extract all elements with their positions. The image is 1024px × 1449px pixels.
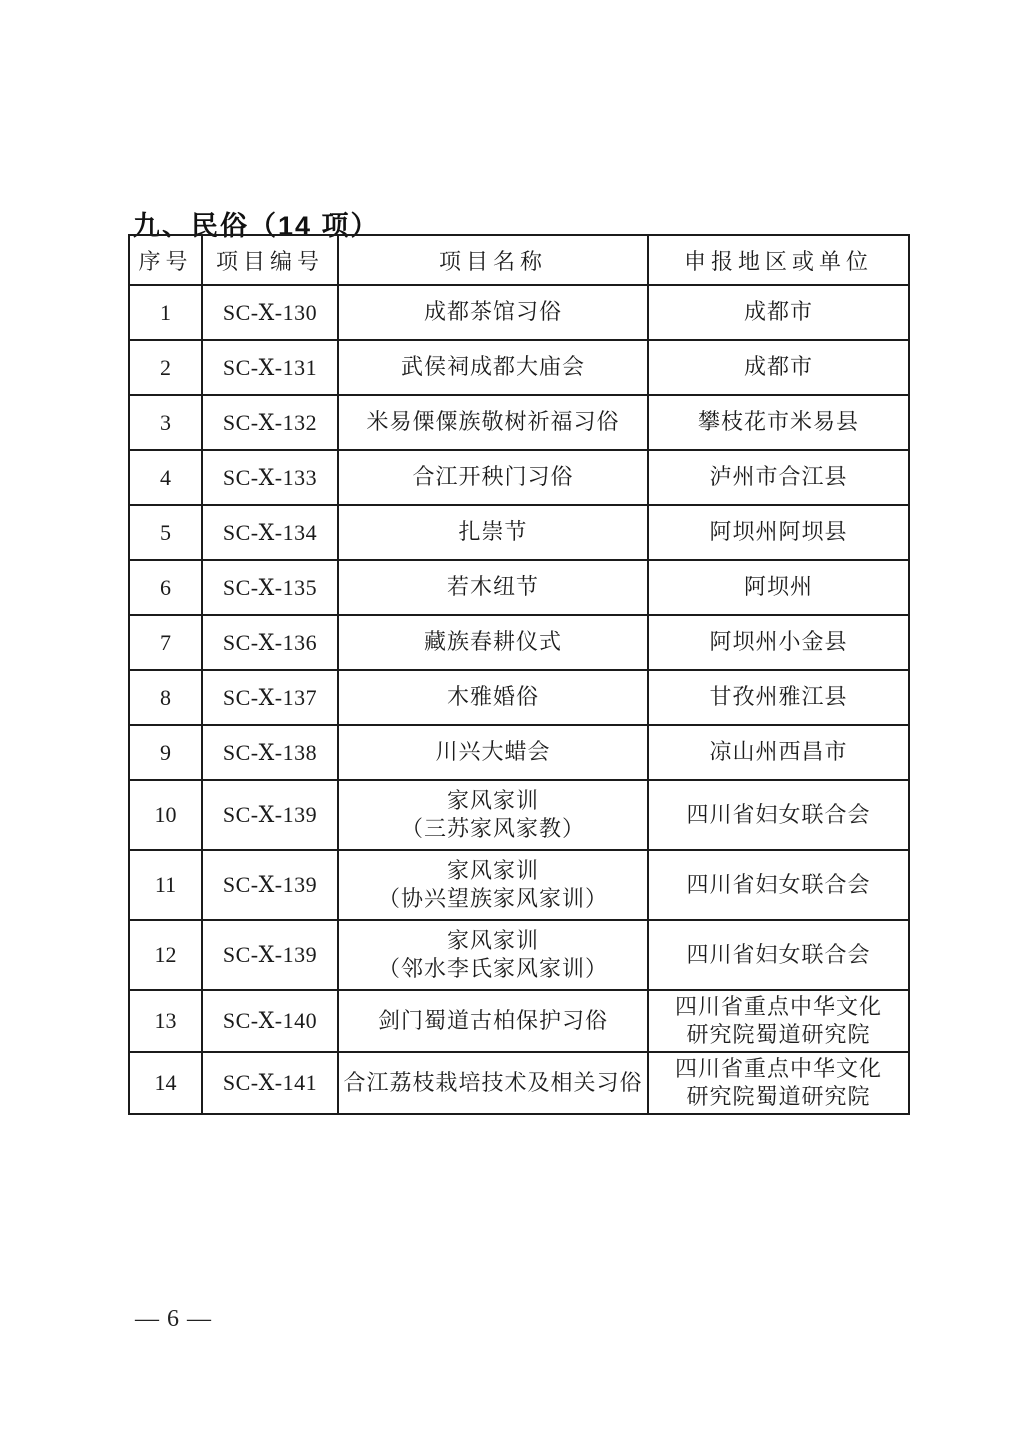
cell-unit: 泸州市合江县 [648,450,909,505]
cell-name: 合江开秧门习俗 [338,450,648,505]
cell-name: 成都茶馆习俗 [338,285,648,340]
table-row: 6SC-Ⅹ-135若木纽节阿坝州 [129,560,909,615]
cell-unit: 阿坝州 [648,560,909,615]
cell-name: 米易傈僳族敬树祈福习俗 [338,395,648,450]
cell-unit: 阿坝州小金县 [648,615,909,670]
cell-unit: 阿坝州阿坝县 [648,505,909,560]
table-row: 12SC-Ⅹ-139家风家训 （邻水李氏家风家训）四川省妇女联合会 [129,920,909,990]
cell-unit: 凉山州西昌市 [648,725,909,780]
header-serial-number: 序号 [129,235,202,285]
header-project-code: 项目编号 [202,235,338,285]
cell-no: 9 [129,725,202,780]
table-row: 9SC-Ⅹ-138川兴大蜡会凉山州西昌市 [129,725,909,780]
table-row: 10SC-Ⅹ-139家风家训 （三苏家风家教）四川省妇女联合会 [129,780,909,850]
table-row: 13SC-Ⅹ-140剑门蜀道古柏保护习俗四川省重点中华文化 研究院蜀道研究院 [129,990,909,1052]
table-row: 1SC-Ⅹ-130成都茶馆习俗成都市 [129,285,909,340]
cell-no: 3 [129,395,202,450]
cell-name: 家风家训 （邻水李氏家风家训） [338,920,648,990]
cell-name: 川兴大蜡会 [338,725,648,780]
table-row: 8SC-Ⅹ-137木雅婚俗甘孜州雅江县 [129,670,909,725]
cell-no: 2 [129,340,202,395]
cell-code: SC-Ⅹ-139 [202,850,338,920]
cell-name: 木雅婚俗 [338,670,648,725]
cell-no: 13 [129,990,202,1052]
cell-code: SC-Ⅹ-131 [202,340,338,395]
header-declaring-unit: 申报地区或单位 [648,235,909,285]
cell-unit: 四川省妇女联合会 [648,920,909,990]
cell-no: 12 [129,920,202,990]
cell-no: 4 [129,450,202,505]
cell-name: 家风家训 （协兴望族家风家训） [338,850,648,920]
cell-code: SC-Ⅹ-141 [202,1052,338,1114]
cell-no: 1 [129,285,202,340]
cell-code: SC-Ⅹ-134 [202,505,338,560]
header-project-name: 项目名称 [338,235,648,285]
cell-unit: 四川省妇女联合会 [648,850,909,920]
page-number: — 6 — [135,1306,212,1333]
table-row: 7SC-Ⅹ-136藏族春耕仪式阿坝州小金县 [129,615,909,670]
cell-unit: 甘孜州雅江县 [648,670,909,725]
heritage-items-table: 序号 项目编号 项目名称 申报地区或单位 1SC-Ⅹ-130成都茶馆习俗成都市2… [128,234,910,1115]
cell-code: SC-Ⅹ-139 [202,780,338,850]
cell-code: SC-Ⅹ-139 [202,920,338,990]
cell-no: 7 [129,615,202,670]
table-row: 5SC-Ⅹ-134扎崇节阿坝州阿坝县 [129,505,909,560]
cell-unit: 四川省重点中华文化 研究院蜀道研究院 [648,1052,909,1114]
cell-code: SC-Ⅹ-130 [202,285,338,340]
table-header: 序号 项目编号 项目名称 申报地区或单位 [129,235,909,285]
cell-name: 武侯祠成都大庙会 [338,340,648,395]
table-row: 4SC-Ⅹ-133合江开秧门习俗泸州市合江县 [129,450,909,505]
cell-unit: 成都市 [648,340,909,395]
cell-code: SC-Ⅹ-136 [202,615,338,670]
cell-unit: 成都市 [648,285,909,340]
cell-no: 5 [129,505,202,560]
cell-no: 8 [129,670,202,725]
cell-unit: 四川省妇女联合会 [648,780,909,850]
cell-no: 14 [129,1052,202,1114]
table-row: 3SC-Ⅹ-132米易傈僳族敬树祈福习俗攀枝花市米易县 [129,395,909,450]
cell-no: 10 [129,780,202,850]
cell-unit: 攀枝花市米易县 [648,395,909,450]
cell-name: 扎崇节 [338,505,648,560]
cell-code: SC-Ⅹ-140 [202,990,338,1052]
cell-no: 6 [129,560,202,615]
cell-name: 合江荔枝栽培技术及相关习俗 [338,1052,648,1114]
cell-name: 家风家训 （三苏家风家教） [338,780,648,850]
table-header-row: 序号 项目编号 项目名称 申报地区或单位 [129,235,909,285]
cell-code: SC-Ⅹ-132 [202,395,338,450]
table-row: 14SC-Ⅹ-141合江荔枝栽培技术及相关习俗四川省重点中华文化 研究院蜀道研究… [129,1052,909,1114]
table-row: 11SC-Ⅹ-139家风家训 （协兴望族家风家训）四川省妇女联合会 [129,850,909,920]
cell-name: 剑门蜀道古柏保护习俗 [338,990,648,1052]
table-row: 2SC-Ⅹ-131武侯祠成都大庙会成都市 [129,340,909,395]
cell-code: SC-Ⅹ-135 [202,560,338,615]
cell-name: 若木纽节 [338,560,648,615]
table-body: 1SC-Ⅹ-130成都茶馆习俗成都市2SC-Ⅹ-131武侯祠成都大庙会成都市3S… [129,285,909,1114]
cell-no: 11 [129,850,202,920]
cell-name: 藏族春耕仪式 [338,615,648,670]
cell-unit: 四川省重点中华文化 研究院蜀道研究院 [648,990,909,1052]
cell-code: SC-Ⅹ-138 [202,725,338,780]
cell-code: SC-Ⅹ-133 [202,450,338,505]
cell-code: SC-Ⅹ-137 [202,670,338,725]
